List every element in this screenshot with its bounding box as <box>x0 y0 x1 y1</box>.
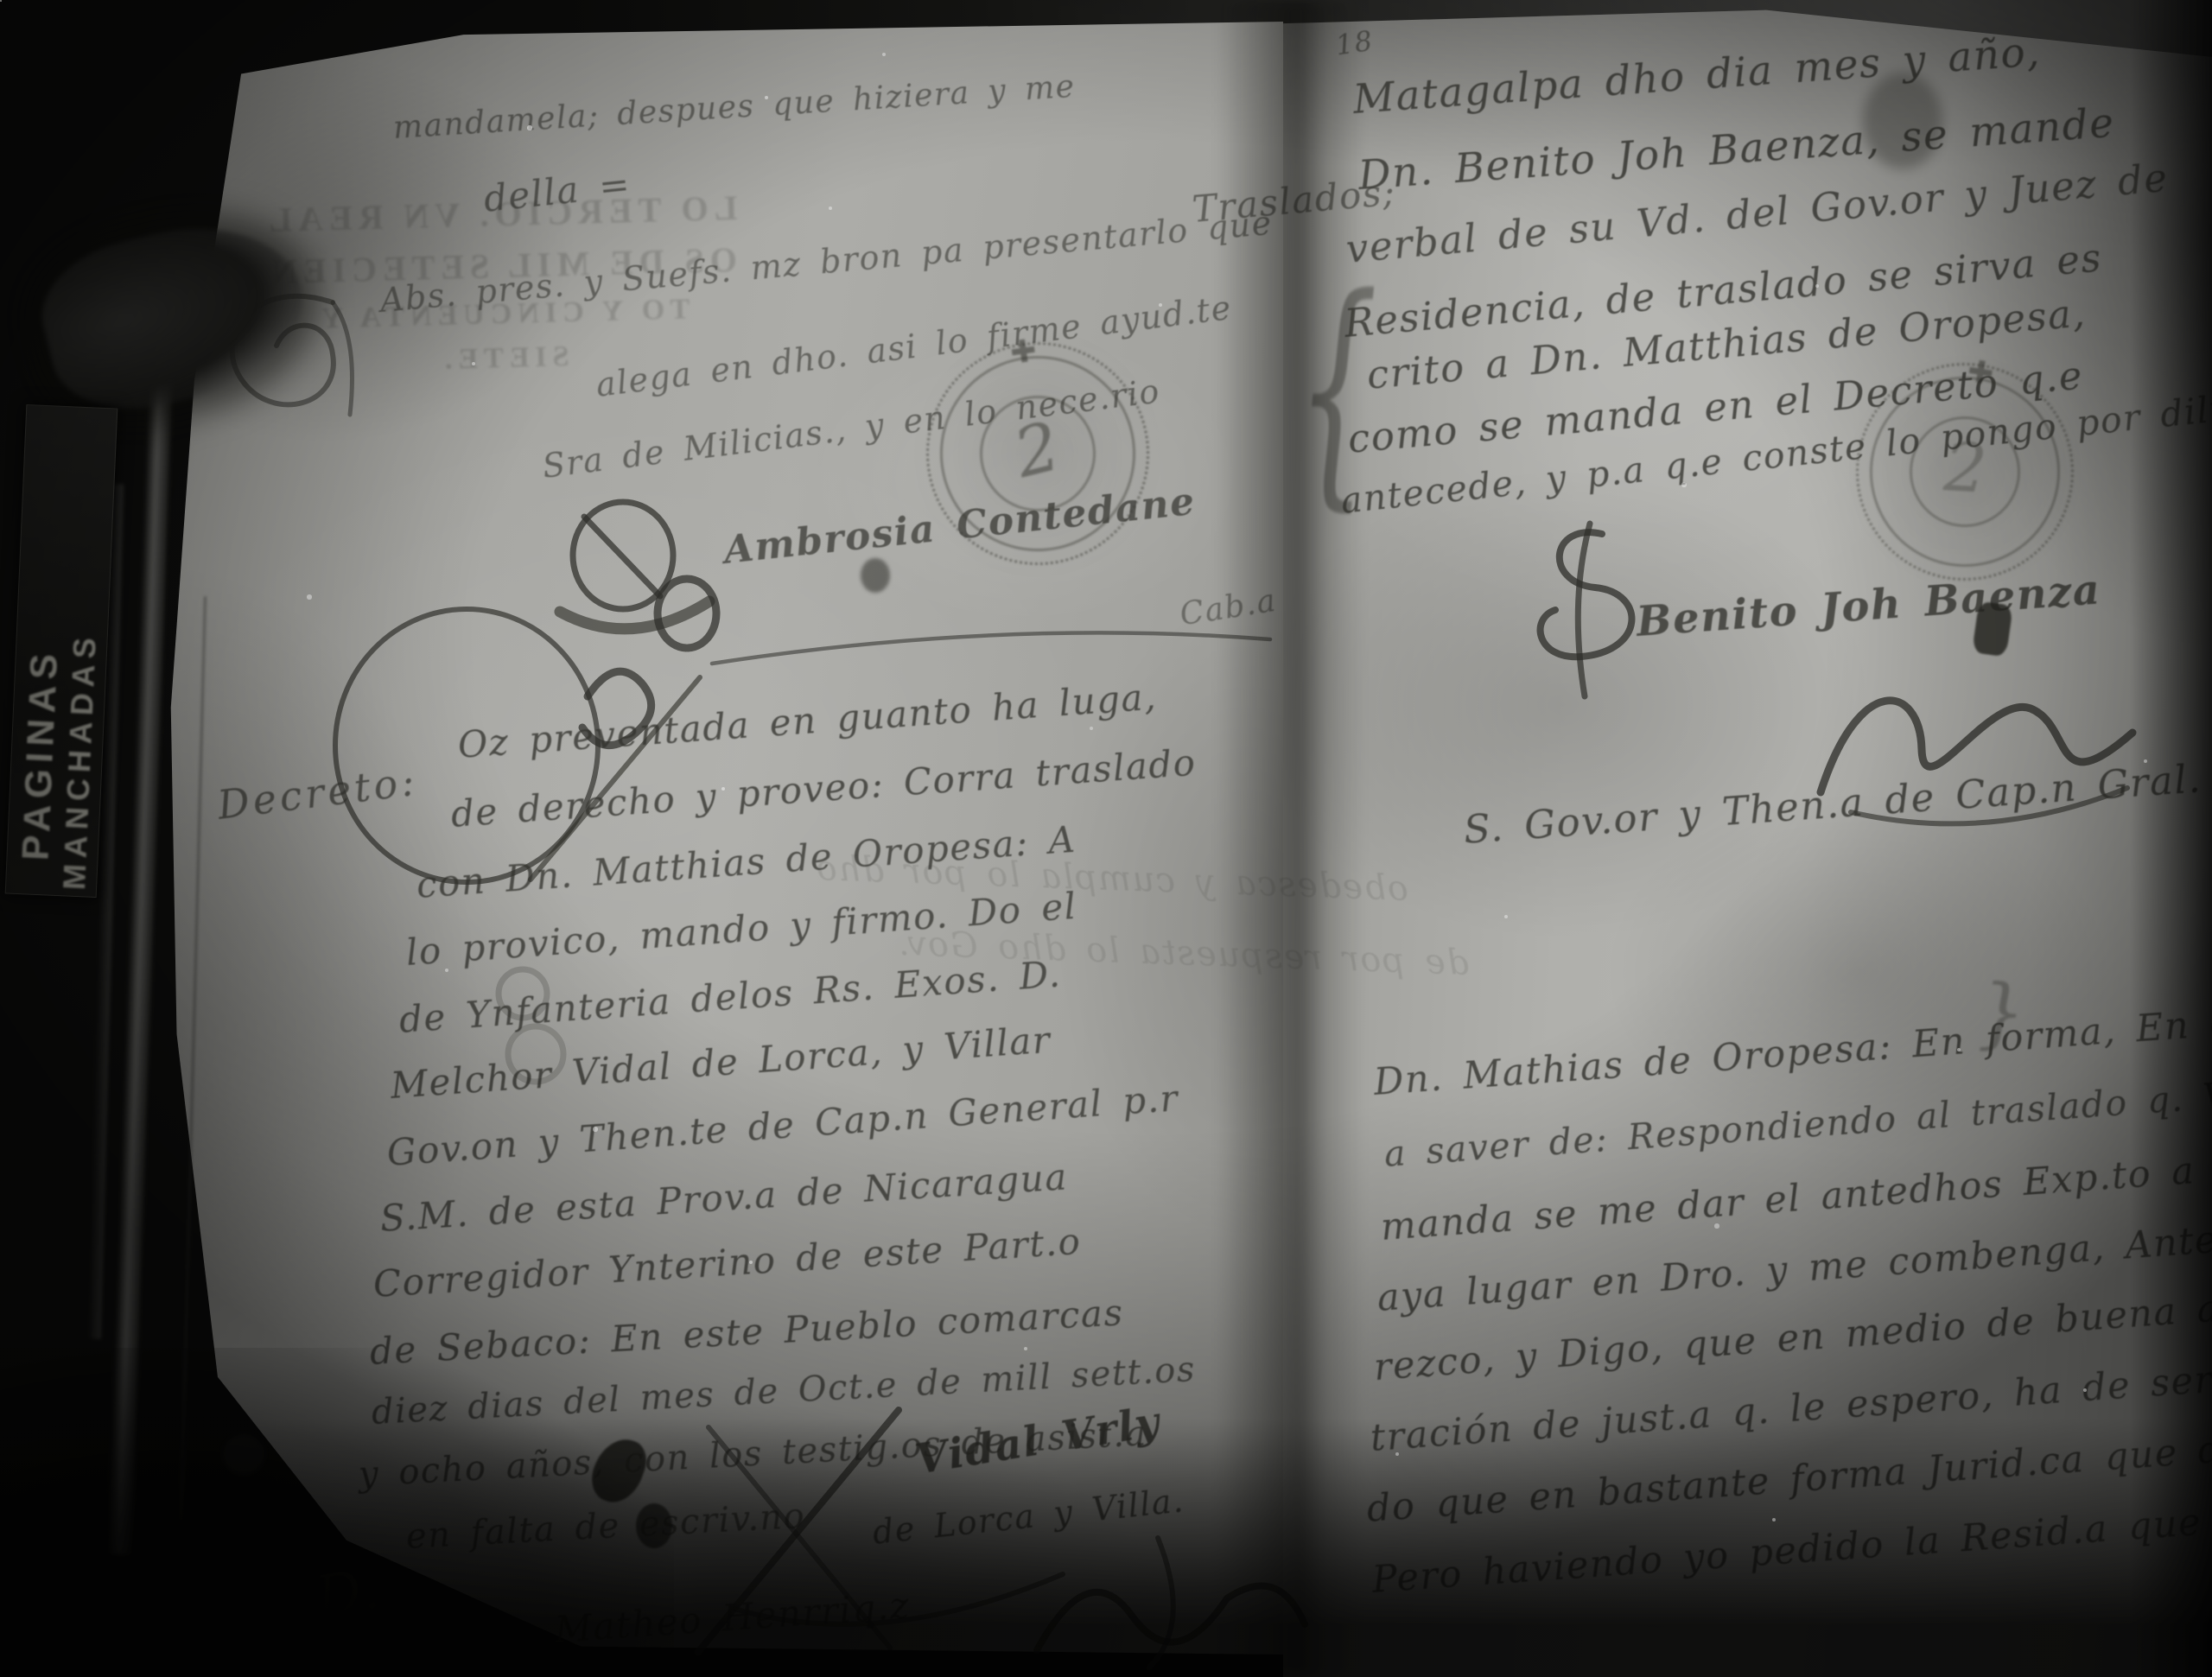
manuscript-photo: mandamela; despues que hiziera y me dell… <box>0 0 2212 1677</box>
seal-cross-icon: ✚ <box>1965 353 1996 392</box>
paper-seal-right: ✚ 2 <box>1840 347 2089 596</box>
ink-smudge <box>1863 73 1942 169</box>
rubric-flourish-b <box>1505 515 1643 705</box>
seal-cross-icon: ✚ <box>1008 333 1039 372</box>
seal-value: 2 <box>1942 429 1988 508</box>
shadow-bottom <box>0 1418 2212 1677</box>
bleed-curls <box>484 959 588 1106</box>
dust-specks <box>0 0 2 2</box>
shadow-right-edge <box>2130 0 2212 1677</box>
paper-seal-left: ✚ 2 <box>912 327 1163 579</box>
ink-smudge <box>861 558 890 593</box>
